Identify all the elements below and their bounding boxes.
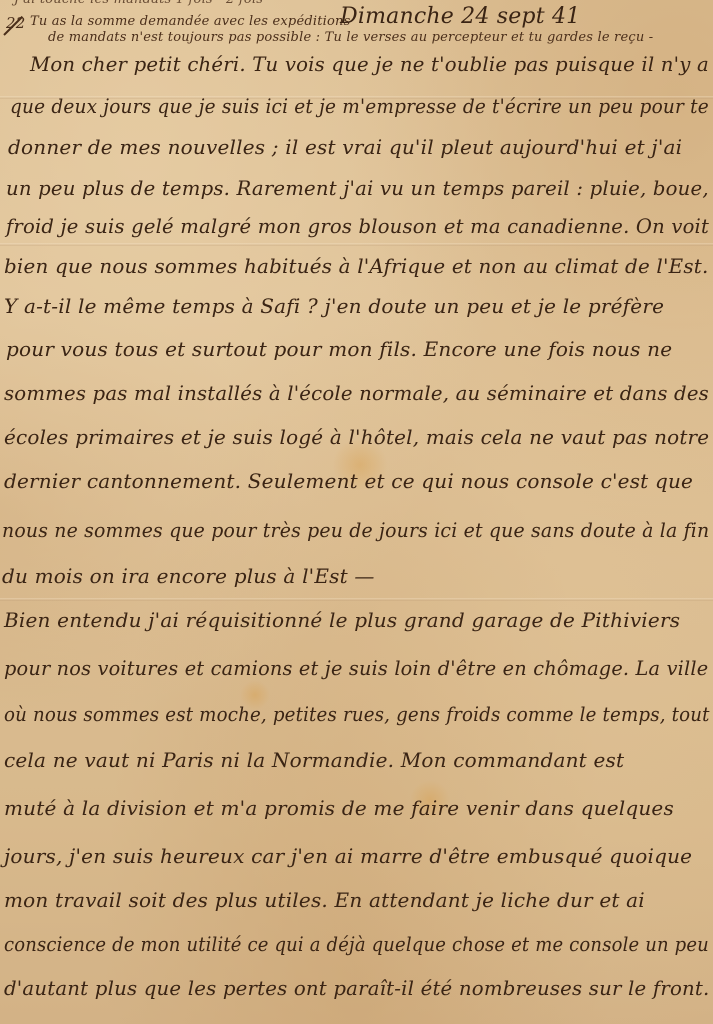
letter-line: un peu plus de temps. Rarement j'ai vu u… — [6, 176, 709, 200]
letter-line: pour vous tous et surtout pour mon fils.… — [6, 337, 672, 361]
letter-line: jours, j'en suis heureux car j'en ai mar… — [4, 844, 692, 868]
letter-line: Y a-t-il le même temps à Safi ? j'en dou… — [4, 294, 664, 318]
letter-page: J'ai touché les mandats 1 fois - 2 fois … — [0, 0, 713, 1024]
letter-line: sommes pas mal installés à l'école norma… — [4, 381, 709, 405]
letter-line: nous ne sommes que pour très peu de jour… — [2, 518, 709, 542]
paper-fold — [0, 598, 713, 601]
letter-line: Bien entendu j'ai réquisitionné le plus … — [4, 608, 680, 632]
letter-line: d'autant plus que les pertes ont paraît-… — [4, 976, 709, 1000]
header-note-1: Tu as la somme demandée avec les expédit… — [30, 14, 350, 29]
letter-line: que deux jours que je suis ici et je m'e… — [10, 94, 709, 118]
letter-line: pour nos voitures et camions et je suis … — [4, 656, 708, 680]
letter-line: Mon cher petit chéri. Tu vois que je ne … — [30, 52, 709, 76]
header-note-top: J'ai touché les mandats 1 fois - 2 fois — [14, 0, 263, 7]
letter-line: écoles primaires et je suis logé à l'hôt… — [4, 425, 709, 449]
letter-line: muté à la division et m'a promis de me f… — [4, 796, 674, 820]
letter-line: où nous sommes est moche, petites rues, … — [4, 702, 710, 726]
letter-line: du mois on ira encore plus à l'Est — — [2, 564, 375, 588]
letter-date: Dimanche 24 sept 41 — [340, 4, 580, 29]
letter-line: froid je suis gelé malgré mon gros blous… — [6, 214, 709, 238]
letter-line: cela ne vaut ni Paris ni la Normandie. M… — [4, 748, 624, 772]
letter-line: dernier cantonnement. Seulement et ce qu… — [4, 469, 693, 493]
letter-line: donner de mes nouvelles ; il est vrai qu… — [8, 135, 682, 159]
paper-fold — [0, 243, 713, 246]
header-note-2: de mandats n'est toujours pas possible :… — [48, 30, 653, 45]
letter-line: bien que nous sommes habitués à l'Afriqu… — [4, 254, 708, 278]
letter-line: conscience de mon utilité ce qui a déjà … — [4, 932, 709, 956]
letter-line: mon travail soit des plus utiles. En att… — [4, 888, 645, 912]
